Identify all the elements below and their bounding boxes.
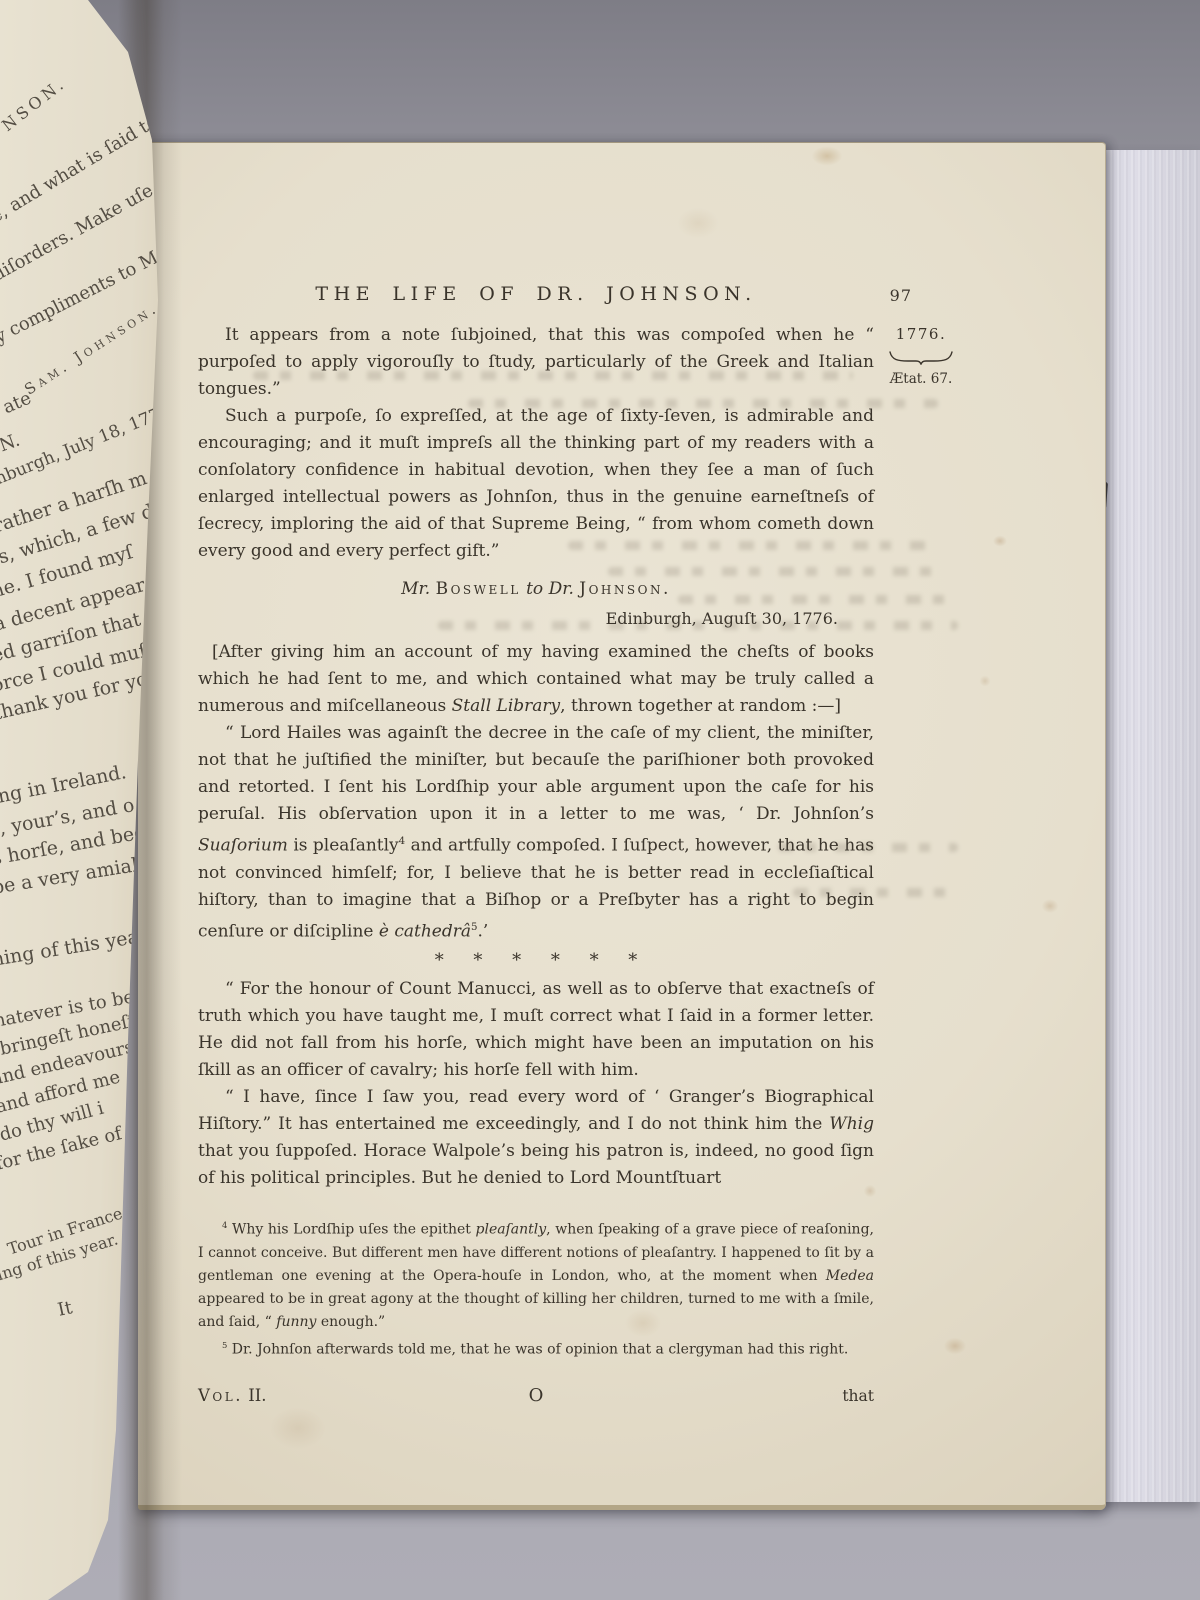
text-segment: It appears from a note ſubjoined, that t… (198, 325, 874, 399)
text-segment: Whig (829, 1114, 874, 1134)
text-segment: Boswell (436, 579, 521, 599)
letter-salutation: Mr. Boswell to Dr. Johnson. (198, 576, 874, 603)
text-segment: to (526, 579, 543, 599)
text-segment: that you ſuppoſed. Horace Walpole’s bein… (198, 1141, 874, 1188)
footnote-4: 4 Why his Lordſhip uſes the epithet plea… (198, 1214, 874, 1334)
text-segment: is pleaſantly (288, 836, 399, 856)
paragraph-2: Such a purpoſe, ſo expreſſed, at the age… (198, 403, 874, 565)
text-segment: “ Lord Hailes was againſt the decree in … (198, 723, 874, 824)
text-segment: Medea (826, 1268, 874, 1284)
letter-dateline: Edinburgh, Auguſt 30, 1776. (198, 605, 874, 632)
book-right-page: THE LIFE OF DR. JOHNSON. 97 1776. Ætat. … (138, 142, 1106, 1510)
catchword: that (543, 1383, 874, 1410)
running-header: THE LIFE OF DR. JOHNSON. 97 (198, 281, 874, 309)
margin-note: 1776. Ætat. 67. (882, 321, 960, 393)
text-segment: .’ (477, 921, 488, 941)
volume-label: Vol. II. (198, 1382, 529, 1409)
text-segment: funny (276, 1314, 316, 1330)
margin-note-brace-icon (888, 349, 954, 365)
left-page-text-fragment: N. (0, 430, 23, 457)
text-segment: Suaſorium (198, 836, 288, 856)
text-segment: , thrown together at random :—] (560, 696, 841, 716)
text-segment: Why his Lordſhip uſes the epithet (227, 1222, 475, 1238)
editor-note: [After giving him an account of my havin… (198, 639, 874, 720)
text-segment: è cathedrâ (379, 921, 471, 941)
margin-note-year: 1776. (882, 321, 960, 348)
paragraph-1: It appears from a note ſubjoined, that t… (198, 322, 874, 403)
text-segment: “ For the honour of Count Manucci, as we… (198, 979, 874, 1080)
page-footer: Vol. II. O that (198, 1382, 874, 1410)
text-segment: Such a purpoſe, ſo expreſſed, at the age… (198, 406, 874, 561)
left-page-text-fragment: It (56, 1297, 74, 1321)
text-segment: “ I have, ſince I ſaw you, read every wo… (198, 1087, 874, 1134)
text-segment: Johnson. (579, 579, 671, 599)
left-page-text-fragment: ning of this year, (0, 924, 153, 971)
text-segment: Dr. Johnſon afterwards told me, that he … (227, 1342, 848, 1358)
signature-mark: O (529, 1382, 544, 1409)
letter-paragraph-3: “ I have, ſince I ſaw you, read every wo… (198, 1084, 874, 1192)
text-segment: Dr. (549, 579, 574, 599)
margin-note-aetat: Ætat. 67. (882, 366, 960, 393)
text-segment: enough.” (316, 1314, 385, 1330)
letter-paragraph-2: “ For the honour of Count Manucci, as we… (198, 976, 874, 1084)
text-segment: Mr. (401, 579, 430, 599)
running-title: THE LIFE OF DR. JOHNSON. (315, 281, 756, 308)
left-page-text-fragment: NSON. (0, 73, 70, 135)
text-segment: pleaſantly (476, 1222, 547, 1238)
text-segment: Vol. (198, 1386, 243, 1405)
asterisk-separator: * * * * * * (198, 948, 874, 974)
typeset-text-block: THE LIFE OF DR. JOHNSON. 97 1776. Ætat. … (198, 281, 874, 1410)
text-segment: Stall Library (452, 696, 561, 716)
letter-paragraph-1: “ Lord Hailes was againſt the decree in … (198, 720, 874, 945)
footnote-5: 5 Dr. Johnſon afterwards told me, that h… (198, 1334, 874, 1362)
book-photo: THE LIFE OF DR. JOHNSON. 97 1776. Ætat. … (0, 0, 1200, 1600)
page-number: 97 (890, 282, 912, 309)
footnotes: 4 Why his Lordſhip uſes the epithet plea… (198, 1214, 874, 1361)
text-segment: II. (243, 1386, 267, 1405)
